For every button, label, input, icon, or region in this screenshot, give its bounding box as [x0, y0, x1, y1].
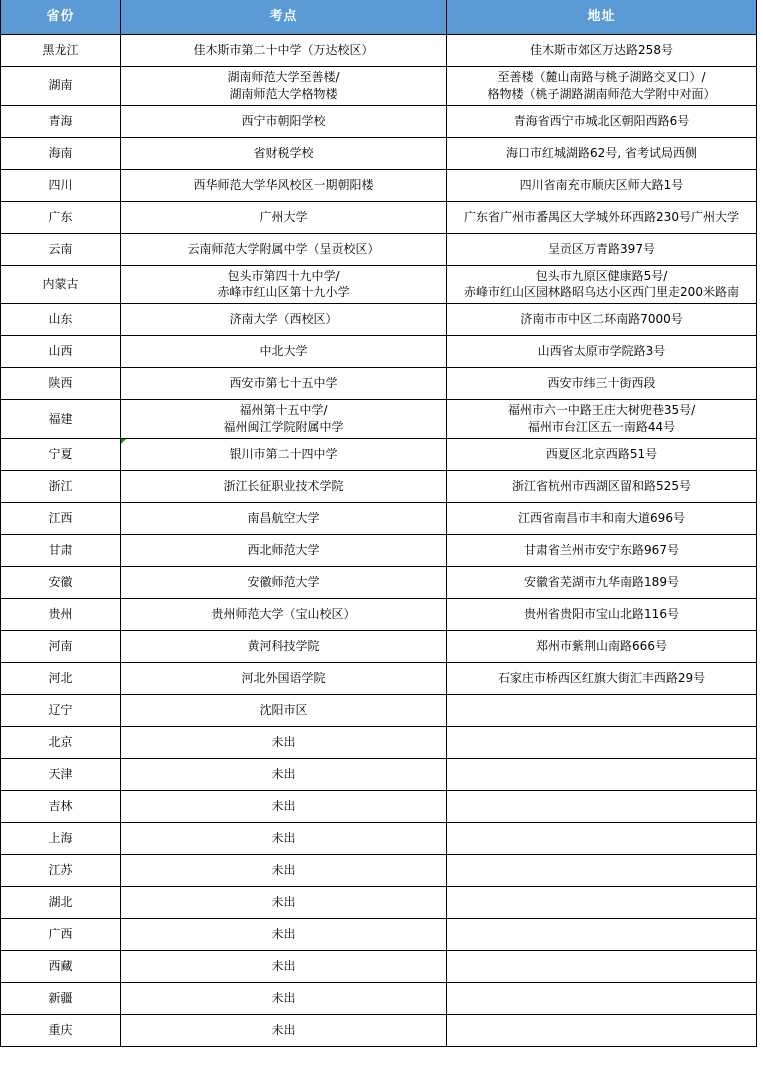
cell-site: 未出 [121, 982, 447, 1014]
cell-site-text: 广州大学 [259, 210, 307, 224]
cell-province: 江苏 [1, 854, 121, 886]
cell-site-text: 未出 [271, 767, 295, 781]
table-row: 贵州 贵州师范大学（宝山校区） 贵州省贵阳市宝山北路116号 [1, 598, 757, 630]
cell-site: 河北外国语学院 [121, 662, 447, 694]
cell-province: 北京 [1, 726, 121, 758]
cell-site-text: 云南师范大学附属中学（呈贡校区） [187, 242, 379, 256]
table-row: 浙江 浙江长征职业技术学院 浙江省杭州市西湖区留和路525号 [1, 470, 757, 502]
cell-site: 未出 [121, 950, 447, 982]
cell-province: 甘肃 [1, 534, 121, 566]
table-row: 安徽 安徽师范大学 安徽省芜湖市九华南路189号 [1, 566, 757, 598]
exam-site-table: 省份 考点 地址 黑龙江 佳木斯市第二十中学（万达校区） 佳木斯市郊区万达路25… [0, 0, 757, 1047]
cell-site-text: 安徽师范大学 [247, 575, 319, 589]
cell-province: 黑龙江 [1, 35, 121, 67]
cell-address: 济南市市中区二环南路7000号 [447, 304, 757, 336]
cell-address: 浙江省杭州市西湖区留和路525号 [447, 470, 757, 502]
cell-address [447, 950, 757, 982]
cell-site: 西宁市朝阳学校 [121, 105, 447, 137]
table-header: 省份 考点 地址 [1, 0, 757, 35]
cell-province: 西藏 [1, 950, 121, 982]
cell-site-text: 南昌航空大学 [247, 511, 319, 525]
cell-site-text: 未出 [271, 735, 295, 749]
cell-site: 佳木斯市第二十中学（万达校区） [121, 35, 447, 67]
table-row: 四川 西华师范大学华风校区一期朝阳楼 四川省南充市顺庆区师大路1号 [1, 169, 757, 201]
cell-province: 上海 [1, 822, 121, 854]
cell-address: 江西省南昌市丰和南大道696号 [447, 502, 757, 534]
cell-province: 天津 [1, 758, 121, 790]
cell-province: 湖南 [1, 67, 121, 106]
cell-province: 广东 [1, 201, 121, 233]
cell-province: 贵州 [1, 598, 121, 630]
cell-address [447, 790, 757, 822]
cell-site: 南昌航空大学 [121, 502, 447, 534]
cell-province: 陕西 [1, 368, 121, 400]
cell-province: 新疆 [1, 982, 121, 1014]
cell-site-text: 未出 [271, 959, 295, 973]
cell-province: 海南 [1, 137, 121, 169]
cell-site-text: 西安市第七十五中学 [229, 376, 337, 390]
cell-province: 福建 [1, 400, 121, 439]
table-row: 吉林 未出 [1, 790, 757, 822]
cell-province: 宁夏 [1, 438, 121, 470]
cell-address: 包头市九原区健康路5号/ 赤峰市红山区园林路昭乌达小区西门里走200米路南 [447, 265, 757, 304]
cell-site-text: 沈阳市区 [259, 703, 307, 717]
cell-site-text: 河北外国语学院 [241, 671, 325, 685]
table-row: 北京 未出 [1, 726, 757, 758]
header-province: 省份 [1, 0, 121, 35]
cell-province: 河北 [1, 662, 121, 694]
table-row: 辽宁 沈阳市区 [1, 694, 757, 726]
table-row: 甘肃 西北师范大学 甘肃省兰州市安宁东路967号 [1, 534, 757, 566]
cell-site-text: 未出 [271, 1023, 295, 1037]
header-address: 地址 [447, 0, 757, 35]
cell-site: 中北大学 [121, 336, 447, 368]
table-row: 青海 西宁市朝阳学校 青海省西宁市城北区朝阳西路6号 [1, 105, 757, 137]
table-row: 江西 南昌航空大学 江西省南昌市丰和南大道696号 [1, 502, 757, 534]
cell-site: 包头市第四十九中学/ 赤峰市红山区第十九小学 [121, 265, 447, 304]
cell-site-text: 银川市第二十四中学 [229, 447, 337, 461]
cell-province: 湖北 [1, 886, 121, 918]
cell-province: 云南 [1, 233, 121, 265]
cell-site-text: 湖南师范大学至善楼/ 湖南师范大学格物楼 [227, 70, 339, 101]
table-row: 陕西 西安市第七十五中学 西安市纬三十街西段 [1, 368, 757, 400]
cell-province: 安徽 [1, 566, 121, 598]
cell-site-text: 黄河科技学院 [247, 639, 319, 653]
cell-province: 广西 [1, 918, 121, 950]
cell-address [447, 1014, 757, 1046]
cell-address: 安徽省芜湖市九华南路189号 [447, 566, 757, 598]
cell-address [447, 822, 757, 854]
cell-site: 西安市第七十五中学 [121, 368, 447, 400]
cell-site-text: 贵州师范大学（宝山校区） [211, 607, 355, 621]
table-row: 天津 未出 [1, 758, 757, 790]
cell-address: 石家庄市桥西区红旗大街汇丰西路29号 [447, 662, 757, 694]
cell-site: 银川市第二十四中学 [121, 438, 447, 470]
cell-site-text: 西北师范大学 [247, 543, 319, 557]
comment-indicator-icon [121, 439, 126, 444]
cell-province: 浙江 [1, 470, 121, 502]
cell-site: 未出 [121, 918, 447, 950]
cell-site: 未出 [121, 886, 447, 918]
table-row: 江苏 未出 [1, 854, 757, 886]
cell-province: 河南 [1, 630, 121, 662]
cell-site-text: 省财税学校 [253, 146, 313, 160]
cell-address [447, 854, 757, 886]
cell-site: 省财税学校 [121, 137, 447, 169]
cell-site-text: 未出 [271, 895, 295, 909]
cell-address: 佳木斯市郊区万达路258号 [447, 35, 757, 67]
cell-site-text: 中北大学 [259, 344, 307, 358]
table-row: 湖北 未出 [1, 886, 757, 918]
cell-province: 青海 [1, 105, 121, 137]
table-row: 云南 云南师范大学附属中学（呈贡校区） 呈贡区万青路397号 [1, 233, 757, 265]
cell-address [447, 726, 757, 758]
cell-site: 西北师范大学 [121, 534, 447, 566]
cell-address [447, 886, 757, 918]
cell-site: 未出 [121, 822, 447, 854]
table-row: 福建 福州第十五中学/ 福州闽江学院附属中学 福州市六一中路王庄大树兜巷35号/… [1, 400, 757, 439]
table-row: 上海 未出 [1, 822, 757, 854]
table-row: 湖南 湖南师范大学至善楼/ 湖南师范大学格物楼 至善楼（麓山南路与桃子湖路交叉口… [1, 67, 757, 106]
cell-site-text: 未出 [271, 799, 295, 813]
cell-province: 重庆 [1, 1014, 121, 1046]
cell-province: 内蒙古 [1, 265, 121, 304]
cell-address: 郑州市紫荆山南路666号 [447, 630, 757, 662]
cell-address: 山西省太原市学院路3号 [447, 336, 757, 368]
cell-address: 四川省南充市顺庆区师大路1号 [447, 169, 757, 201]
cell-site-text: 西华师范大学华风校区一期朝阳楼 [193, 178, 373, 192]
cell-site: 福州第十五中学/ 福州闽江学院附属中学 [121, 400, 447, 439]
cell-site-text: 浙江长征职业技术学院 [223, 479, 343, 493]
cell-site-text: 未出 [271, 831, 295, 845]
cell-site-text: 佳木斯市第二十中学（万达校区） [193, 43, 373, 57]
cell-site: 未出 [121, 854, 447, 886]
cell-site: 贵州师范大学（宝山校区） [121, 598, 447, 630]
cell-address: 至善楼（麓山南路与桃子湖路交叉口）/ 格物楼（桃子湖路湖南师范大学附中对面） [447, 67, 757, 106]
cell-address: 西安市纬三十街西段 [447, 368, 757, 400]
cell-address: 海口市红城湖路62号, 省考试局西侧 [447, 137, 757, 169]
cell-address [447, 758, 757, 790]
table-row: 宁夏 银川市第二十四中学 西夏区北京西路51号 [1, 438, 757, 470]
cell-site: 广州大学 [121, 201, 447, 233]
table-row: 重庆 未出 [1, 1014, 757, 1046]
table-row: 黑龙江 佳木斯市第二十中学（万达校区） 佳木斯市郊区万达路258号 [1, 35, 757, 67]
cell-province: 吉林 [1, 790, 121, 822]
header-row: 省份 考点 地址 [1, 0, 757, 35]
cell-site: 黄河科技学院 [121, 630, 447, 662]
table-body: 黑龙江 佳木斯市第二十中学（万达校区） 佳木斯市郊区万达路258号 湖南 湖南师… [1, 35, 757, 1047]
cell-address [447, 694, 757, 726]
cell-site-text: 包头市第四十九中学/ 赤峰市红山区第十九小学 [217, 269, 349, 300]
table-row: 山西 中北大学 山西省太原市学院路3号 [1, 336, 757, 368]
cell-site-text: 西宁市朝阳学校 [241, 114, 325, 128]
table-row: 西藏 未出 [1, 950, 757, 982]
cell-site: 沈阳市区 [121, 694, 447, 726]
table-row: 河南 黄河科技学院 郑州市紫荆山南路666号 [1, 630, 757, 662]
header-site: 考点 [121, 0, 447, 35]
cell-address: 贵州省贵阳市宝山北路116号 [447, 598, 757, 630]
cell-address: 甘肃省兰州市安宁东路967号 [447, 534, 757, 566]
cell-site: 未出 [121, 790, 447, 822]
cell-site: 未出 [121, 726, 447, 758]
cell-site: 浙江长征职业技术学院 [121, 470, 447, 502]
cell-site-text: 福州第十五中学/ 福州闽江学院附属中学 [223, 403, 343, 434]
cell-site: 未出 [121, 1014, 447, 1046]
table-row: 海南 省财税学校 海口市红城湖路62号, 省考试局西侧 [1, 137, 757, 169]
cell-address: 福州市六一中路王庄大树兜巷35号/ 福州市台江区五一南路44号 [447, 400, 757, 439]
table-row: 广西 未出 [1, 918, 757, 950]
cell-address: 青海省西宁市城北区朝阳西路6号 [447, 105, 757, 137]
table-row: 新疆 未出 [1, 982, 757, 1014]
table-row: 广东 广州大学 广东省广州市番禺区大学城外环西路230号广州大学 [1, 201, 757, 233]
cell-site-text: 未出 [271, 863, 295, 877]
cell-site: 云南师范大学附属中学（呈贡校区） [121, 233, 447, 265]
cell-site-text: 未出 [271, 991, 295, 1005]
cell-province: 四川 [1, 169, 121, 201]
table-row: 山东 济南大学（西校区） 济南市市中区二环南路7000号 [1, 304, 757, 336]
cell-province: 江西 [1, 502, 121, 534]
cell-site: 安徽师范大学 [121, 566, 447, 598]
cell-address: 呈贡区万青路397号 [447, 233, 757, 265]
cell-site-text: 未出 [271, 927, 295, 941]
cell-address [447, 918, 757, 950]
cell-province: 山东 [1, 304, 121, 336]
cell-site: 济南大学（西校区） [121, 304, 447, 336]
table-row: 河北 河北外国语学院 石家庄市桥西区红旗大街汇丰西路29号 [1, 662, 757, 694]
table-row: 内蒙古 包头市第四十九中学/ 赤峰市红山区第十九小学 包头市九原区健康路5号/ … [1, 265, 757, 304]
cell-site: 西华师范大学华风校区一期朝阳楼 [121, 169, 447, 201]
cell-province: 辽宁 [1, 694, 121, 726]
cell-site-text: 济南大学（西校区） [229, 312, 337, 326]
cell-site: 未出 [121, 758, 447, 790]
cell-address [447, 982, 757, 1014]
cell-address: 西夏区北京西路51号 [447, 438, 757, 470]
cell-site: 湖南师范大学至善楼/ 湖南师范大学格物楼 [121, 67, 447, 106]
cell-address: 广东省广州市番禺区大学城外环西路230号广州大学 [447, 201, 757, 233]
cell-province: 山西 [1, 336, 121, 368]
